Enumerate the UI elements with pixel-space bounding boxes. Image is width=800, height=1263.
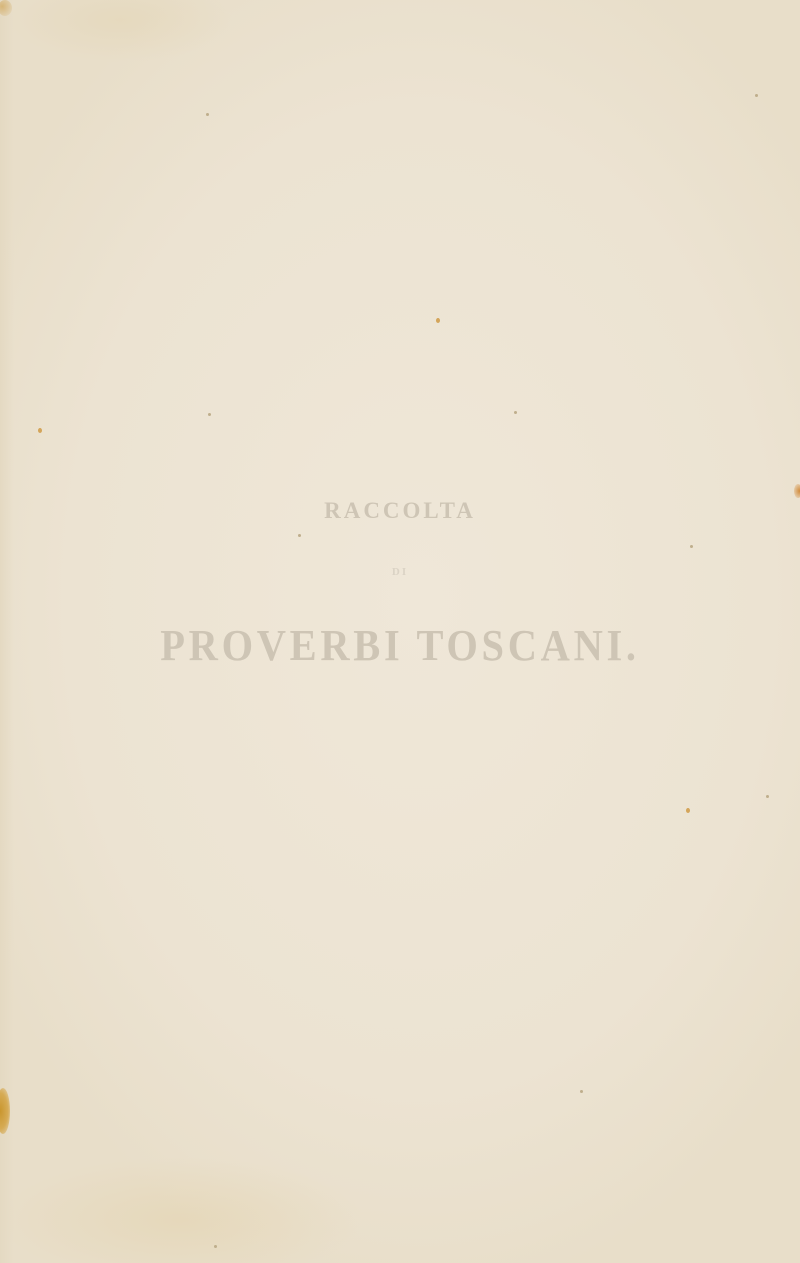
paper-speck [208, 413, 211, 416]
paper-speck [580, 1090, 583, 1093]
paper-speck [755, 94, 758, 97]
paper-speck [766, 795, 769, 798]
paper-speck [206, 113, 209, 116]
title-line-di: DI [0, 566, 800, 578]
foxing-stain-right-edge [794, 484, 800, 498]
paper-speck [436, 318, 440, 323]
title-line-proverbi-toscani: PROVERBI TOSCANI. [32, 620, 768, 671]
paper-speck [298, 534, 301, 537]
paper-speck [690, 545, 693, 548]
paper-speck [38, 428, 42, 433]
paper-speck [514, 411, 517, 414]
title-line-raccolta: RACCOLTA [0, 498, 800, 524]
spine-edge-shadow [0, 0, 14, 1263]
book-page: RACCOLTA DI PROVERBI TOSCANI. [0, 0, 800, 1263]
paper-speck [214, 1245, 217, 1248]
paper-speck [686, 808, 690, 813]
